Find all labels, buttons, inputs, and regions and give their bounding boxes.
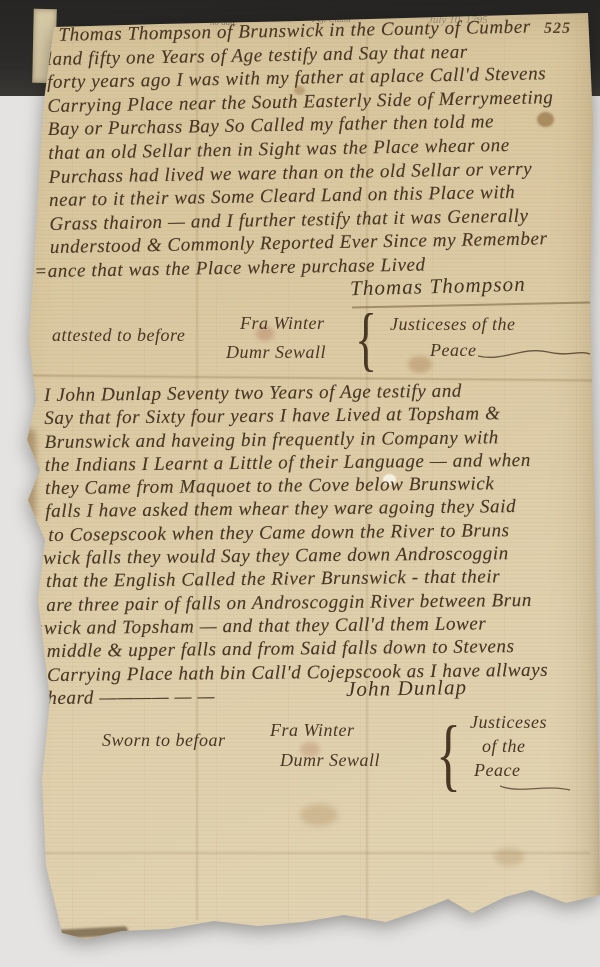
signature-john-dunlap: John Dunlap: [346, 675, 468, 702]
justices-title: Justiceses: [470, 712, 547, 733]
justice-name: Dumr Sewall: [280, 750, 380, 771]
deposition-line: heard ———— — —: [47, 682, 548, 711]
sworn-label: Sworn to befoar: [102, 730, 226, 751]
brace-glyph: {: [436, 710, 461, 801]
stain: [494, 848, 524, 866]
justices-title: of the: [482, 736, 526, 757]
bottom-edge-smudge: [56, 926, 128, 939]
scanned-document-photo: no date Pej. Claim July 10. 1795 525 I T…: [0, 0, 600, 967]
pen-flourish: [500, 782, 570, 796]
justices-title: Peace: [430, 340, 476, 361]
attested-label: attested to before: [52, 325, 185, 346]
justices-title: Peace: [474, 760, 520, 781]
justice-name: Fra Winter: [240, 313, 325, 334]
stain: [300, 804, 338, 826]
stain: [408, 356, 432, 373]
edge-smudge: [20, 428, 36, 523]
justice-name: Dumr Sewall: [226, 342, 326, 363]
justices-title: Justiceses of the: [390, 314, 515, 335]
deposition-dunlap: I John Dunlap Seventy two Years of Age t…: [44, 379, 549, 710]
paper-sheet: no date Pej. Claim July 10. 1795 525 I T…: [0, 0, 600, 967]
pen-flourish: [478, 346, 590, 362]
justice-name: Fra Winter: [270, 720, 355, 741]
manuscript-page: no date Pej. Claim July 10. 1795 525 I T…: [0, 0, 600, 967]
brace-glyph: {: [355, 297, 377, 379]
signature-underline: [352, 302, 590, 308]
deposition-thompson: I Thomas Thompson of Brunswick in the Co…: [46, 15, 557, 283]
